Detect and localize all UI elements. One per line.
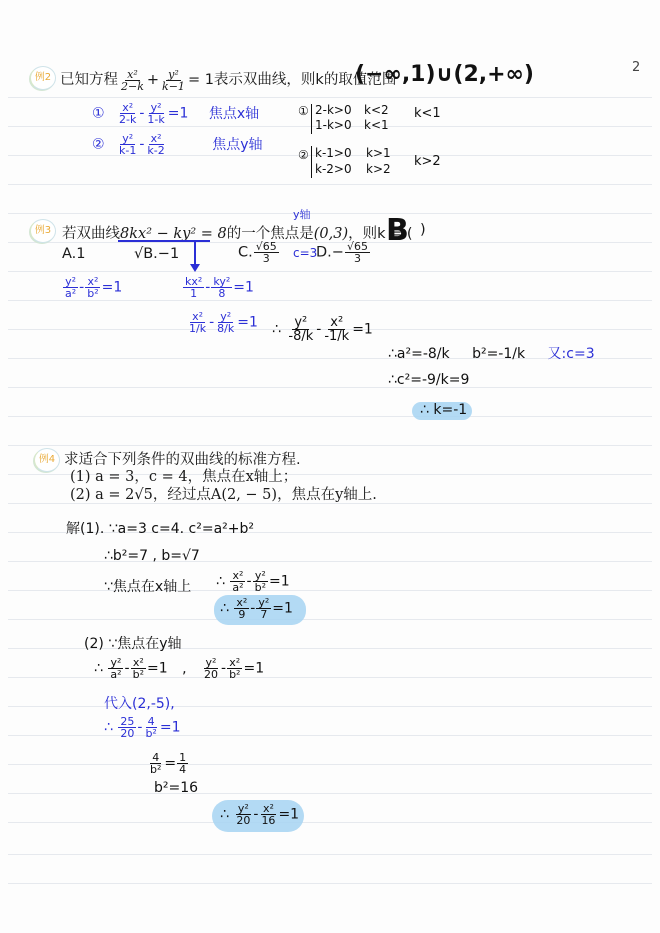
ex2-question: 已知方程x²2−k+y²k−1= 1表示双曲线，则k的取值范围 xyxy=(60,68,396,92)
ruled-line xyxy=(8,793,652,794)
ex2-sys1-result: k<1 xyxy=(414,106,441,121)
ruled-line xyxy=(8,883,652,884)
ex2-sys1-results: k<2k<1 xyxy=(364,103,389,133)
page-number: 2 xyxy=(632,60,640,75)
ex3-c-note: c=3 xyxy=(293,246,317,260)
arrow-line xyxy=(194,240,196,266)
ex3-note-y-axis: y轴 xyxy=(293,206,311,222)
ex4-sol2-line6: b²=16 xyxy=(154,780,198,796)
ex2-sys1: 2-k>01-k>0 xyxy=(315,103,352,133)
ex2-frac1: x²2−k xyxy=(119,69,146,92)
ex2-case1: ① x²2-k-y²1-k=1 焦点x轴 xyxy=(92,102,259,125)
ex3-hw-standard-form: y²a²-x²b²=1 xyxy=(62,276,122,299)
ex2-case1-note: 焦点x轴 xyxy=(209,106,259,122)
ex3-option-d: D.−√653 xyxy=(316,241,371,264)
example-badge-4: 例4 xyxy=(34,448,60,472)
ex4-sol2-line5: 4b²=14 xyxy=(147,752,189,775)
ruled-line xyxy=(8,271,652,272)
ex3-hw-step1: kx²1-ky²8=1 xyxy=(182,276,254,299)
ruled-line xyxy=(8,854,652,855)
ex4-sol2-result: ∴ y²20-x²16=1 xyxy=(220,803,299,826)
example-badge-3: 例3 xyxy=(30,219,56,243)
ex4-sol2-line1: (2) ∵焦点在y轴 xyxy=(84,633,181,653)
example-badge-2: 例2 xyxy=(30,66,56,90)
ex2-sys2-label: ② xyxy=(298,148,309,162)
ruled-line xyxy=(8,300,652,301)
ruled-line xyxy=(8,764,652,765)
ex4-sol1-line3-eq: ∴ x²a²-y²b²=1 xyxy=(216,570,290,593)
ex3-hw-step2: x²1/k-y²8/k=1 xyxy=(186,311,258,334)
ruled-line xyxy=(8,97,652,98)
ex4-sol2-line4: ∴ 2520-4b²=1 xyxy=(104,716,180,739)
ruled-line xyxy=(8,387,652,388)
ex2-sys2-results: k>1k>2 xyxy=(366,145,391,177)
ex3-hw-step5: ∴c²=-9/k=9 xyxy=(388,372,469,388)
ex3-hw-step3: ∴ y²-8/k-x²-1/k=1 xyxy=(272,316,373,343)
notebook-page: 2 例2 已知方程x²2−k+y²k−1= 1表示双曲线，则k的取值范围 (−∞… xyxy=(0,0,660,933)
ex4-sol1-line2: ∴b²=7 , b=√7 xyxy=(104,548,200,564)
ex2-case2-note: 焦点y轴 xyxy=(212,137,262,153)
ex3-option-a: A.1 xyxy=(62,246,86,262)
ex4-item-2: (2) a = 2√5，经过点A(2, − 5)，焦点在y轴上. xyxy=(70,483,377,504)
ex4-sol2-line2: ∴ y²a²-x²b²=1 , y²20-x²b²=1 xyxy=(94,657,264,680)
ex2-sys2: k-1>0k-2>0 xyxy=(315,145,352,177)
brace xyxy=(311,146,312,178)
ruled-line xyxy=(8,822,652,823)
ex4-sol2-line3: 代入(2,-5), xyxy=(104,693,175,713)
ex4-sol1-line1: 解(1). ∵a=3 c=4. c²=a²+b² xyxy=(66,518,254,538)
ex2-answer: (−∞,1)∪(2,+∞) xyxy=(355,62,534,87)
ruled-line xyxy=(8,213,652,214)
ex4-sol1-result: ∴ x²9-y²7=1 xyxy=(220,597,293,620)
ex3-option-c: C.√653 xyxy=(238,241,280,264)
ex4-sol1-line3: ∵焦点在x轴上 xyxy=(104,576,191,596)
ex3-equation-underline xyxy=(118,240,210,242)
ex3-hw-result: ∴ k=-1 xyxy=(420,402,467,418)
ex2-case2: ② y²k-1-x²k-2 焦点y轴 xyxy=(92,133,263,156)
ex2-sys1-label: ① xyxy=(298,104,309,118)
arrow-down-icon xyxy=(190,264,200,272)
ex2-sys2-result: k>2 xyxy=(414,154,441,169)
ex3-option-b: √B.−1 xyxy=(134,246,179,262)
ex2-frac2: y²k−1 xyxy=(160,69,187,92)
ruled-line xyxy=(8,184,652,185)
ex2-question-prefix: 已知方程 xyxy=(60,72,118,88)
ex3-answer: B xyxy=(386,213,409,248)
ruled-line xyxy=(8,416,652,417)
ruled-line xyxy=(8,619,652,620)
ruled-line xyxy=(8,445,652,446)
ex3-hw-step4: ∴a²=-8/k b²=-1/k 又:c=3 xyxy=(388,343,595,363)
ex3-point: (0,3) xyxy=(314,226,348,242)
brace xyxy=(311,104,312,134)
